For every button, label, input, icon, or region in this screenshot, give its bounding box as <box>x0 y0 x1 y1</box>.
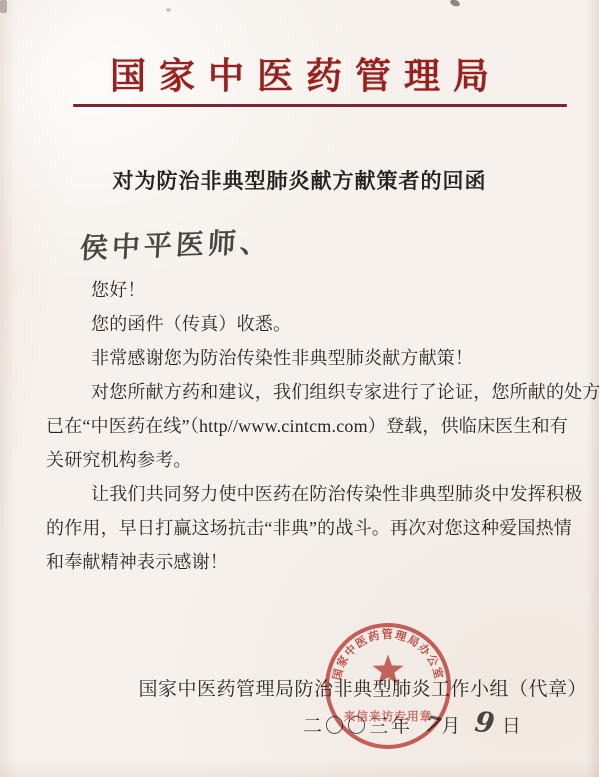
body-line: 您好！ <box>46 273 599 307</box>
body-line: 关研究机构参考。 <box>46 443 599 477</box>
letterhead-title: 国家中医药管理局 <box>0 48 599 99</box>
official-stamp: 国家中医药管理局办公室 来信来访专用章 <box>322 620 454 752</box>
body-line: 的作用，早日打赢这场抗击“非典”的战斗。再次对您这种爱国热情 <box>46 511 599 545</box>
star-icon <box>373 655 404 684</box>
body-line: 您的函件（传真）收悉。 <box>46 307 599 341</box>
letter-title: 对为防治非典型肺炎献方献策者的回函 <box>0 165 599 195</box>
body-line: 非常感谢您为防治传染性非典型肺炎献方献策！ <box>46 341 599 375</box>
body-line: 让我们共同努力使中医药在防治传染性非典型肺炎中发挥积极 <box>46 477 599 511</box>
stamp-ring <box>327 625 449 747</box>
date-day-handwritten: 9 <box>473 705 496 740</box>
signature-line: 国家中医药管理局防治非典型肺炎工作小组（代章） <box>0 674 587 701</box>
body-line: 已在“中医药在线”（http//www.cintcm.com）登载，供临床医生和… <box>46 409 599 443</box>
scan-speck <box>166 8 171 12</box>
stamp-bottom-text: 来信来访专用章 <box>344 710 433 724</box>
scan-speck <box>449 0 460 8</box>
scanned-letter-page: 国家中医药管理局 对为防治非典型肺炎献方献策者的回函 侯中平医师、 您好！您的函… <box>0 0 599 777</box>
scan-speck <box>0 0 7 13</box>
body-line: 对您所献方药和建议，我们组织专家进行了论证，您所献的处方 <box>46 375 599 409</box>
letterhead-divider-rule <box>73 104 567 107</box>
recipient-name-handwritten: 侯中平医师、 <box>79 220 273 267</box>
date-day-label: 日 <box>502 711 524 738</box>
body-line: 和奉献精神表示感谢！ <box>46 545 599 579</box>
letter-body: 您好！您的函件（传真）收悉。非常感谢您为防治传染性非典型肺炎献方献策！对您所献方… <box>46 273 599 579</box>
